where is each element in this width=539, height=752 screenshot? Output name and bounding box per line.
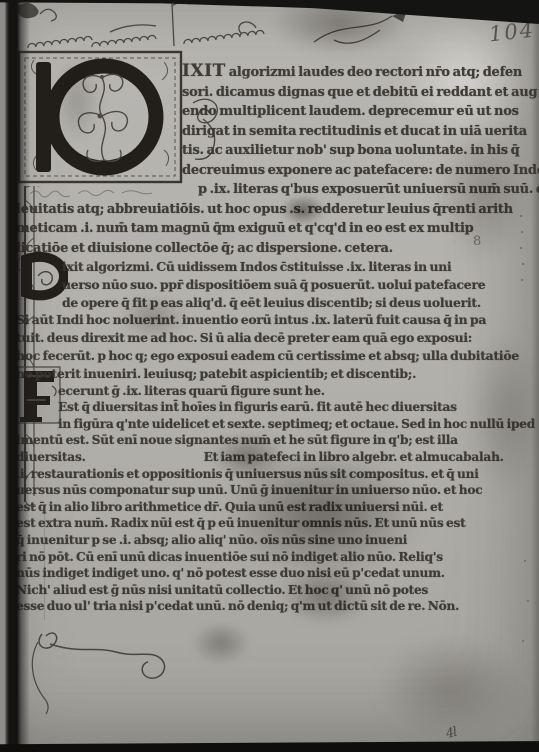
pricking-dot	[520, 247, 522, 249]
text-line-24: uersus nūs componatur sup unū. Unū ḡ inu…	[16, 482, 488, 499]
text-line-18: ecerunt ḡ .ix. literas quarū figure sunt…	[58, 383, 488, 400]
bottom-pen-doodle	[20, 608, 220, 723]
pricking-dot	[527, 600, 529, 602]
text-line-5: tis. ac auxilietur nob' sup bona uolunta…	[182, 141, 488, 161]
text-line-16: hoc fecerūt. p hoc q; ego exposui eadem …	[16, 347, 488, 365]
text-line-17: ne poterit inueniri. leuiusq; patebit as…	[16, 365, 488, 383]
text-line-28: ri nō pōt. Cū enī unū dicas inuentiōe su…	[16, 549, 488, 566]
paragraph-3: ecerunt ḡ .ix. literas quarū figure sunt…	[16, 383, 488, 615]
text-line-8: leuitatis atq; abbreuiatiōis. ut hoc opu…	[16, 200, 488, 220]
manuscript-photo: IXITalgorizmi laudes deo rectori nr̄o at…	[0, 0, 539, 752]
pricking-dot	[524, 560, 526, 562]
text-line-11: ixit algorizmi. Cū uidissem Indos c̄stit…	[62, 258, 488, 276]
text-line-4: dirigat in semita rectitudinis et ducat …	[182, 122, 488, 142]
text-line-14: Si aūt Indi hoc noluerint. inuentio eorū…	[16, 311, 488, 329]
pricking-dot	[520, 215, 522, 217]
manuscript-text: IXITalgorizmi laudes deo rectori nr̄o at…	[16, 62, 488, 615]
photo-right-edge	[531, 0, 539, 752]
text-line-6: decreuimus exponere ac patefacere: de nu…	[182, 161, 488, 181]
text-line-30: Nich' aliud est ḡ nūs nisi unitatū colle…	[16, 582, 488, 599]
text-line-7: p .ix. literas q'bus exposuerūt uniuersū…	[198, 180, 488, 200]
text-line-27: q̄ inuenitur p se .i. absq; alio aliq' n…	[16, 532, 488, 549]
text-line-19: Est q̄ diuersitas int̄ hoīes in figuris …	[58, 399, 488, 416]
text-line-21: imentū est. Sūt enī noue signantes num̄ …	[16, 432, 488, 449]
text-line-31: esse duo ul' tria nisi p'cedat unū. nō d…	[16, 598, 488, 615]
text-line-15: tuit. deus direxit me ad hoc. Si ū alia …	[16, 329, 488, 347]
text-line-20: in figūra q'nte uidelicet et sexte. sept…	[58, 416, 488, 433]
text-line-25: est q̄ in alio libro arithmetice dr̄. Qu…	[16, 499, 488, 516]
text-line-3: endo multiplicent laudem. deprecemur eū …	[182, 102, 488, 122]
paragraph-1: IXITalgorizmi laudes deo rectori nr̄o at…	[16, 62, 488, 258]
text-line-10: licatiōe et diuisione collectōe q̄; ac d…	[16, 239, 488, 259]
pricking-dot	[521, 231, 523, 233]
right-margin-mark: 8	[473, 234, 481, 249]
display-capitals: IXIT	[182, 61, 229, 81]
binding-edge	[0, 0, 30, 752]
text-line-26: est extra num̄. Radix nūi est q̄ p eū in…	[16, 515, 488, 532]
pricking-dot	[522, 640, 524, 642]
paragraph-2: ixit algorizmi. Cū uidissem Indos c̄stit…	[16, 258, 488, 383]
text-line-23: .i. restaurationis et oppositionis q̄ un…	[16, 466, 488, 483]
text-line-13: de opere q̄ fit p eas aliq'd. q̄ eēt leu…	[62, 294, 488, 312]
pricking-dot	[522, 263, 524, 265]
text-line-1: IXITalgorizmi laudes deo rectori nr̄o at…	[182, 62, 488, 83]
text-line-9: meticam .i. num̄ tam magnū q̄m exiguū et…	[16, 219, 488, 239]
text-line-12: uerso nūo suo. ppr̄ dispositiōem suā q̄ …	[62, 276, 488, 294]
text-line-22: diuersitas.Et iam patefeci in libro alge…	[16, 449, 488, 466]
text-line-29: nūs indiget indiget uno. q' nō potest es…	[16, 565, 488, 582]
pricking-dot	[521, 279, 523, 281]
text-line-2: sori. dicamus dignas que et debitū ei re…	[182, 83, 488, 103]
